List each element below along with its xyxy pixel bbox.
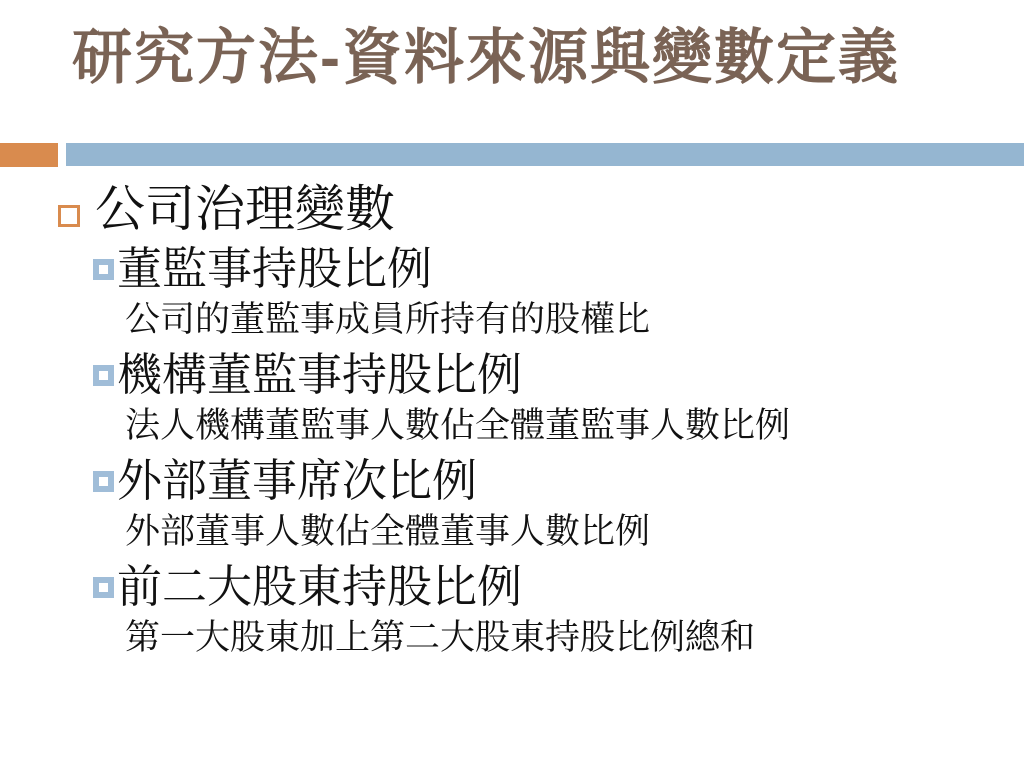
list-item-level2: 機構董監事持股比例 <box>0 351 1024 399</box>
item-description: 第一大股東加上第二大股東持股比例總和 <box>125 617 1024 659</box>
presentation-slide: 研究方法-資料來源與變數定義 公司治理變數 董監事持股比例 公司的董監事成員所持… <box>0 0 1024 768</box>
hollow-square-bullet-icon <box>58 205 80 227</box>
item-heading: 前二大股東持股比例 <box>117 563 522 611</box>
list-item-level2: 前二大股東持股比例 <box>0 563 1024 611</box>
item-description: 公司的董監事成員所持有的股權比 <box>125 299 1024 341</box>
item-description: 法人機構董監事人數佔全體董監事人數比例 <box>125 405 1024 447</box>
blue-square-bullet-icon <box>93 259 114 280</box>
blue-square-bullet-icon <box>93 577 114 598</box>
item-description: 外部董事人數佔全體董事人數比例 <box>125 511 1024 553</box>
item-heading: 機構董監事持股比例 <box>117 351 522 399</box>
blue-square-bullet-icon <box>93 471 114 492</box>
divider-blue-bar <box>66 143 1024 166</box>
list-item-level1: 公司治理變數 <box>0 183 1024 235</box>
blue-square-bullet-icon <box>93 365 114 386</box>
item-heading: 外部董事席次比例 <box>117 457 477 505</box>
section-heading: 公司治理變數 <box>95 183 395 235</box>
divider-gap <box>58 143 66 167</box>
title-divider-band <box>0 143 1024 167</box>
divider-orange-block <box>0 143 58 167</box>
list-item-level2: 外部董事席次比例 <box>0 457 1024 505</box>
item-heading: 董監事持股比例 <box>117 245 432 293</box>
slide-title: 研究方法-資料來源與變數定義 <box>72 18 972 98</box>
list-item-level2: 董監事持股比例 <box>0 245 1024 293</box>
slide-body: 公司治理變數 董監事持股比例 公司的董監事成員所持有的股權比 機構董監事持股比例… <box>0 183 1024 659</box>
